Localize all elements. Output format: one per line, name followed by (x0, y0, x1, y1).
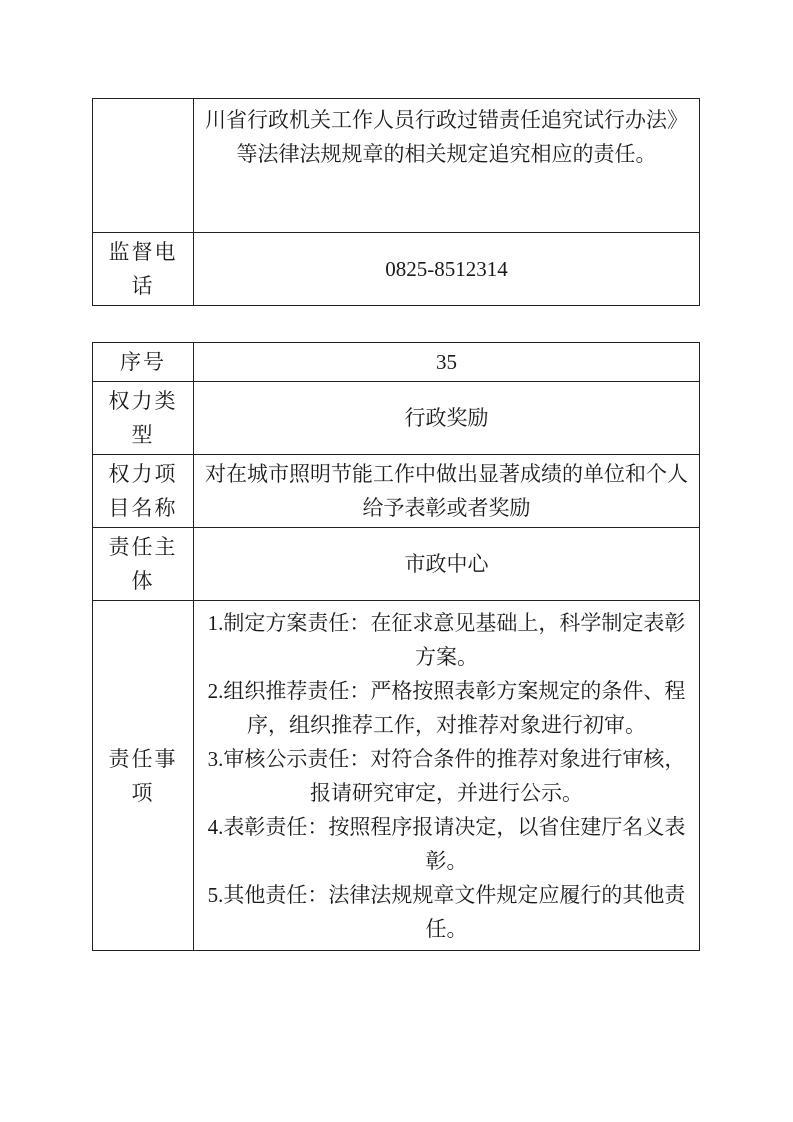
duty-item-2: 2.组织推荐责任：严格按照表彰方案规定的条件、程序，组织推荐工作，对推荐对象进行… (202, 674, 691, 742)
table-row: 责任主体 市政中心 (93, 528, 700, 601)
table-row: 监督电话 0825-8512314 (93, 233, 700, 306)
duty-item-3: 3.审核公示责任：对符合条件的推荐对象进行审核，报请研究审定，并进行公示。 (202, 742, 691, 810)
serial-number-label: 序号 (93, 343, 194, 382)
table-row: 序号 35 (93, 343, 700, 382)
table-row: 川省行政机关工作人员行政过错责任追究试行办法》等法律法规规章的相关规定追究相应的… (93, 99, 700, 233)
document-page: 川省行政机关工作人员行政过错责任追究试行办法》等法律法规规章的相关规定追究相应的… (0, 0, 793, 1122)
accountability-continuation-text: 川省行政机关工作人员行政过错责任追究试行办法》等法律法规规章的相关规定追究相应的… (194, 99, 700, 233)
power-type-label: 权力类型 (93, 382, 194, 455)
responsibility-items-label: 责任事项 (93, 601, 194, 951)
supervision-phone-label: 监督电话 (93, 233, 194, 306)
duty-item-5: 5.其他责任：法律法规规章文件规定应履行的其他责任。 (202, 878, 691, 946)
power-type-value: 行政奖励 (194, 382, 700, 455)
responsible-entity-label: 责任主体 (93, 528, 194, 601)
table-row: 权力项目名称 对在城市照明节能工作中做出显著成绩的单位和个人给予表彰或者奖励 (93, 455, 700, 528)
duty-item-4: 4.表彰责任：按照程序报请决定，以省住建厅名义表彰。 (202, 810, 691, 878)
serial-number-value: 35 (194, 343, 700, 382)
responsible-entity-value: 市政中心 (194, 528, 700, 601)
power-project-name-value: 对在城市照明节能工作中做出显著成绩的单位和个人给予表彰或者奖励 (194, 455, 700, 528)
supervision-table: 川省行政机关工作人员行政过错责任追究试行办法》等法律法规规章的相关规定追究相应的… (92, 98, 700, 306)
power-project-name-label: 权力项目名称 (93, 455, 194, 528)
table-spacer (92, 306, 701, 342)
table-row: 责任事项 1.制定方案责任：在征求意见基础上，科学制定表彰方案。 2.组织推荐责… (93, 601, 700, 951)
power-item-table: 序号 35 权力类型 行政奖励 权力项目名称 对在城市照明节能工作中做出显著成绩… (92, 342, 700, 951)
accountability-continuation-label (93, 99, 194, 233)
table-row: 权力类型 行政奖励 (93, 382, 700, 455)
supervision-phone-value: 0825-8512314 (194, 233, 700, 306)
responsibility-items-cell: 1.制定方案责任：在征求意见基础上，科学制定表彰方案。 2.组织推荐责任：严格按… (194, 601, 700, 951)
duty-item-1: 1.制定方案责任：在征求意见基础上，科学制定表彰方案。 (202, 606, 691, 674)
